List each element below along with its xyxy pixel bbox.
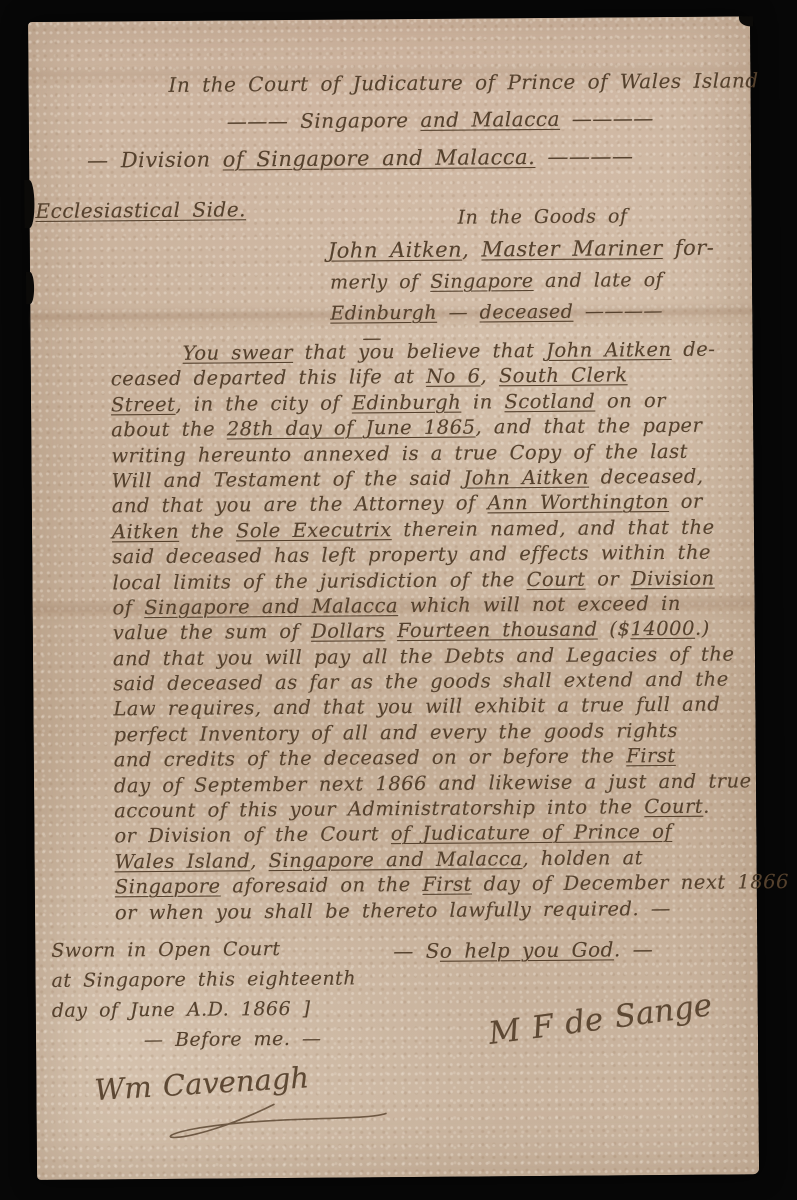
document-paper: In the Court of Judicature of Prince of … [28,16,759,1180]
settlement-line: ——— Singapore and Malacca ———— [227,106,654,133]
document-text-line: day of June A.D. 1866 ] [52,993,357,1025]
document-text-line: at Singapore this eighteenth [51,963,356,995]
oath-line: — So help you God. — [393,937,653,963]
affidavit-body: You swear that you believe that John Ait… [111,336,766,925]
deponent-signature: M F de Sange [486,987,714,1052]
document-text-line: or when you shall be thereto lawfully re… [115,895,765,925]
deceased-residence-line: merly of Singapore and late of [330,269,663,294]
official-signature: Wm Cavenagh [94,1060,310,1107]
document-text-line: Sworn in Open Court [51,933,356,965]
torn-edge-mark [26,272,34,304]
sworn-attestation-block: Sworn in Open Courtat Singapore this eig… [51,933,356,1055]
ecclesiastical-side-label: Ecclesiastical Side. [35,197,246,223]
in-the-goods-of-line: In the Goods of [457,205,627,228]
document-text-line: — Before me. — [52,1023,357,1055]
court-title-line: In the Court of Judicature of Prince of … [168,68,758,97]
deceased-name-line: John Aitken, Master Mariner for- [328,236,715,263]
document-text-line: or Division of the Court of Judicature o… [114,819,764,849]
torn-edge-mark [24,180,34,228]
torn-edge-mark [739,16,753,26]
division-line: — Division of Singapore and Malacca. ———… [87,144,634,172]
signature-flourish [124,1099,414,1151]
deceased-status-line: Edinburgh — deceased ———— [330,300,663,325]
